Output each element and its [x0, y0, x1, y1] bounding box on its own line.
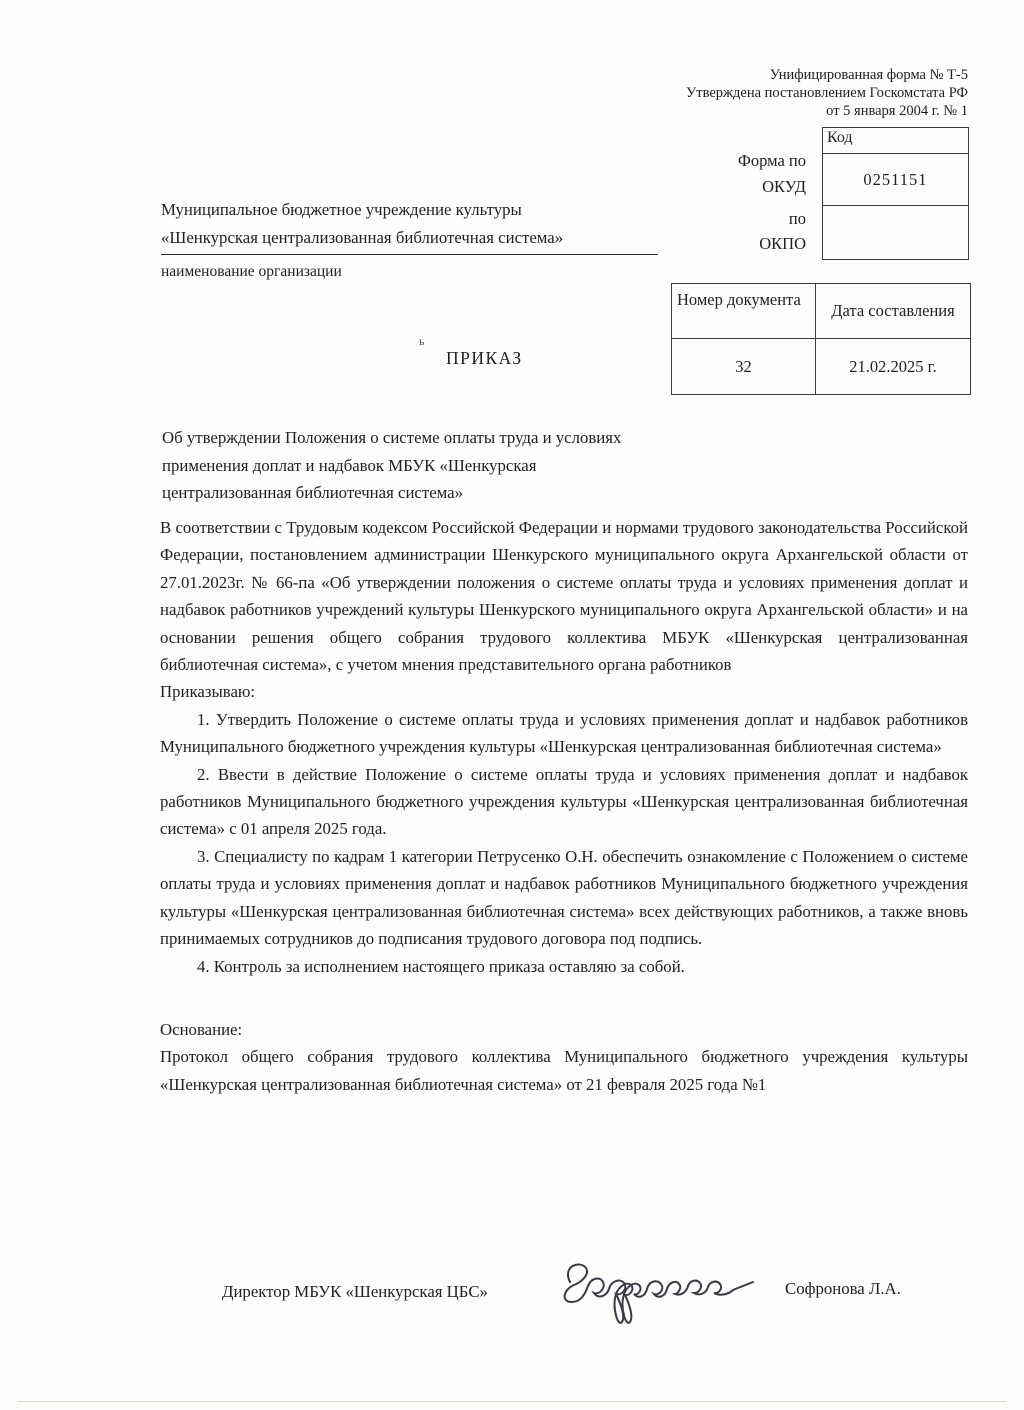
signature-icon — [548, 1252, 768, 1330]
form-approval-note: Унифицированная форма № Т-5 Утверждена п… — [686, 66, 968, 120]
intro-paragraph: В соответствии с Трудовым кодексом Росси… — [160, 514, 968, 678]
organization-caption: наименование организации — [161, 255, 658, 286]
organization-name-line2: «Шенкурская централизованная библиотечна… — [161, 224, 658, 255]
order-body: В соответствии с Трудовым кодексом Росси… — [160, 514, 968, 1098]
order-item-2: 2. Ввести в действие Положение о системе… — [160, 761, 968, 843]
doc-date-value: 21.02.2025 г. — [816, 339, 970, 394]
order-item-3: 3. Специалисту по кадрам 1 категории Пет… — [160, 843, 968, 953]
okpo-code-value — [823, 205, 968, 259]
scanned-order-document: Унифицированная форма № Т-5 Утверждена п… — [0, 0, 1024, 1410]
handwritten-signature — [548, 1252, 768, 1335]
basis-section: Основание: Протокол общего собрания труд… — [160, 1016, 968, 1098]
document-number-table: Номер документа Дата составления 32 21.0… — [671, 283, 971, 395]
order-item-4: 4. Контроль за исполнением настоящего пр… — [160, 953, 968, 980]
form-note-line: от 5 января 2004 г. № 1 — [686, 102, 968, 120]
code-table: Код 0251151 — [822, 127, 969, 260]
scan-edge-line — [18, 1401, 1006, 1402]
form-note-line: Утверждена постановлением Госкомстата РФ — [686, 84, 968, 102]
organization-block: Муниципальное бюджетное учреждение культ… — [161, 196, 658, 286]
scan-artifact-mark: ь — [419, 334, 424, 349]
signer-name: Софронова Л.А. — [785, 1279, 901, 1299]
signer-position: Директор МБУК «Шенкурская ЦБС» — [222, 1282, 488, 1302]
doc-number-value: 32 — [672, 339, 816, 394]
basis-text: Протокол общего собрания трудового колле… — [160, 1043, 968, 1098]
order-word: Приказываю: — [160, 678, 968, 705]
code-table-header: Код — [823, 128, 968, 154]
okpo-label: по ОКПО — [759, 206, 806, 256]
doc-number-header: Номер документа — [672, 284, 816, 339]
order-subject: Об утверждении Положения о системе оплат… — [162, 424, 722, 507]
order-item-1: 1. Утвердить Положение о системе оплаты … — [160, 706, 968, 761]
doc-date-header: Дата составления — [816, 284, 970, 339]
okud-label: Форма по ОКУД — [738, 148, 806, 200]
document-title: ПРИКАЗ — [446, 348, 523, 369]
form-note-line: Унифицированная форма № Т-5 — [686, 66, 968, 84]
organization-name-line1: Муниципальное бюджетное учреждение культ… — [161, 196, 658, 224]
basis-label: Основание: — [160, 1016, 968, 1043]
okud-code-value: 0251151 — [823, 154, 968, 205]
